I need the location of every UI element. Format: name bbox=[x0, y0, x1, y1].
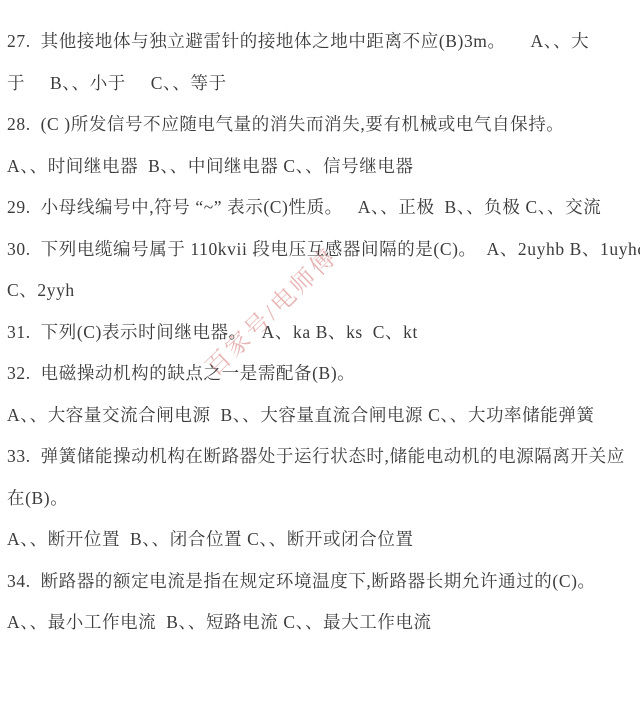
text-line-q32-options: A、、大容量交流合闸电源 B、、大容量直流合闸电源 C、、大功率储能弹簧 bbox=[7, 395, 638, 437]
text-line-q33: 33. 弹簧储能操动机构在断路器处于运行状态时,储能电动机的电源隔离开关应 bbox=[7, 436, 638, 478]
text-line-q33-continuation: 在(B)。 bbox=[7, 478, 638, 520]
text-line-q31: 31. 下列(C)表示时间继电器。 A、ka B、ks C、kt bbox=[7, 312, 638, 354]
text-line-q30: 30. 下列电缆编号属于 110kvii 段电压互感器间隔的是(C)。 A、2u… bbox=[7, 229, 638, 271]
text-line-q27-options: 于 B、、小于 C、、等于 bbox=[7, 63, 638, 105]
text-line-q28: 28. (C )所发信号不应随电气量的消失而消失,要有机械或电气自保持。 bbox=[7, 104, 638, 146]
text-line-q34: 34. 断路器的额定电流是指在规定环境温度下,断路器长期允许通过的(C)。 bbox=[7, 561, 638, 603]
text-line-q27: 27. 其他接地体与独立避雷针的接地体之地中距离不应(B)3m。 A、、大 bbox=[7, 21, 638, 63]
question-text-block: 27. 其他接地体与独立避雷针的接地体之地中距离不应(B)3m。 A、、大 于 … bbox=[7, 21, 638, 644]
text-line-q33-options: A、、断开位置 B、、闭合位置 C、、断开或闭合位置 bbox=[7, 519, 638, 561]
text-line-q28-options: A、、时间继电器 B、、中间继电器 C、、信号继电器 bbox=[7, 146, 638, 188]
text-line-q32: 32. 电磁操动机构的缺点之一是需配备(B)。 bbox=[7, 353, 638, 395]
text-line-q29: 29. 小母线编号中,符号 “~” 表示(C)性质。 A、、正极 B、、负极 C… bbox=[7, 187, 638, 229]
document-page: 百家号/电师傅 27. 其他接地体与独立避雷针的接地体之地中距离不应(B)3m。… bbox=[0, 0, 640, 720]
text-line-q30-continuation: C、2yyh bbox=[7, 270, 638, 312]
text-line-q34-options: A、、最小工作电流 B、、短路电流 C、、最大工作电流 bbox=[7, 602, 638, 644]
